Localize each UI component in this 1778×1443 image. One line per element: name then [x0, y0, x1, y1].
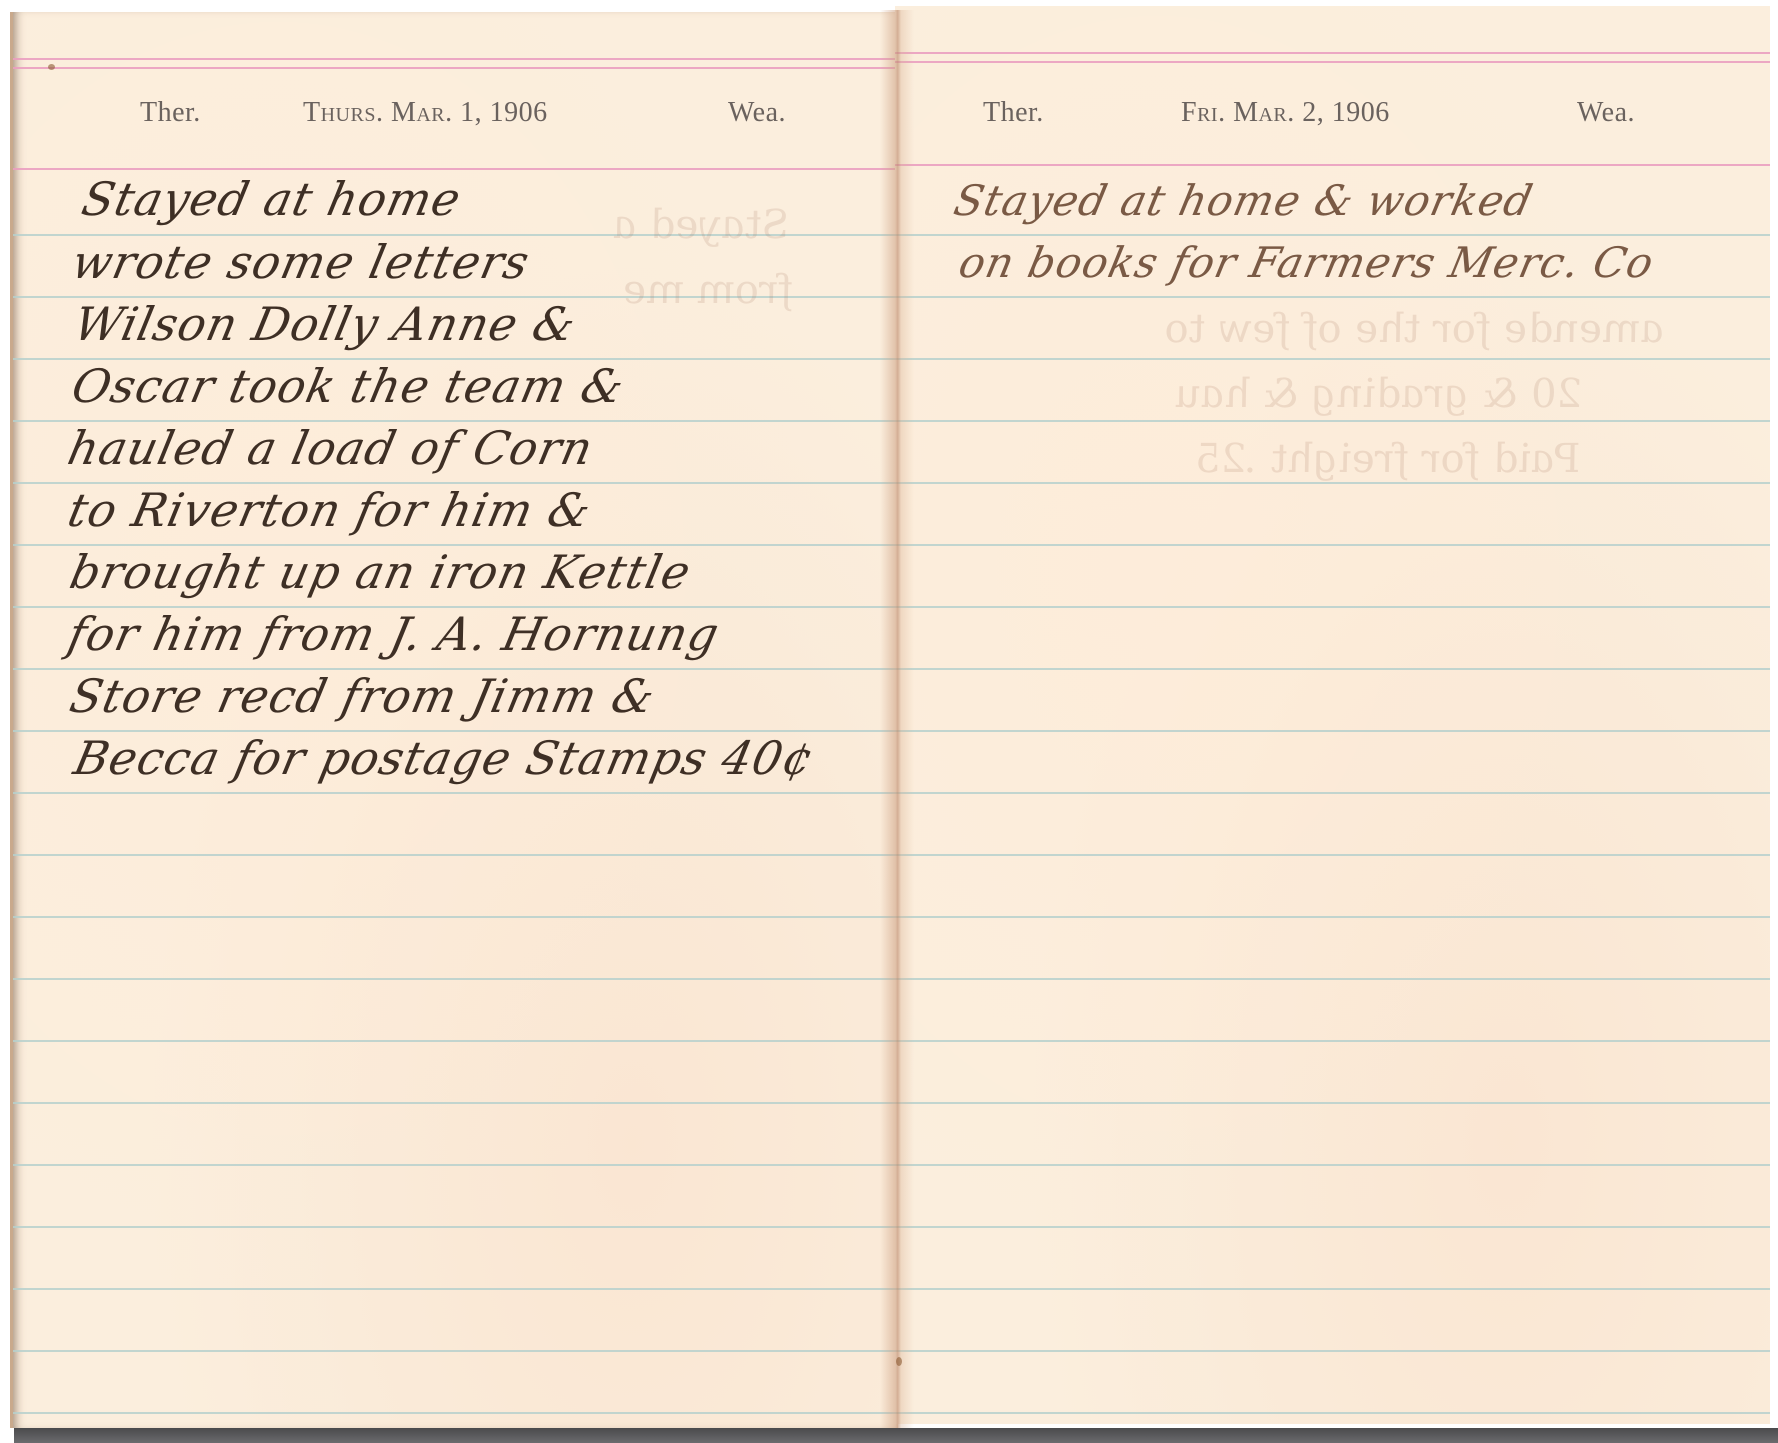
header-double-rule-bottom	[13, 67, 898, 69]
right-page: Ther. Fri. Mar. 2, 1906 Wea.	[895, 6, 1770, 1424]
bleed-through-text: 20 & grading & hau	[1170, 371, 1586, 417]
bleed-through-text: from me	[618, 267, 798, 313]
ink-speck	[896, 1357, 902, 1366]
entry-line: Wilson Dolly Anne &	[69, 297, 581, 351]
ink-speck	[48, 64, 55, 70]
date-label: Fri. Mar. 2, 1906	[1181, 97, 1390, 129]
ther-label: Ther.	[983, 97, 1044, 129]
entry-line: Oscar took the team &	[67, 359, 629, 413]
entry-line: for him from J. A. Hornung	[63, 607, 724, 661]
entry-line: brought up an iron Kettle	[65, 545, 696, 599]
date-label: Thurs. Mar. 1, 1906	[303, 97, 548, 129]
entry-line: to Riverton for him &	[63, 483, 596, 537]
entry-line: Stayed at home & worked	[950, 176, 1538, 225]
bleed-through-text: amende for the of few to	[1160, 306, 1669, 352]
page-edge-shadow	[14, 1428, 1778, 1443]
right-page-header: Ther. Fri. Mar. 2, 1906 Wea.	[895, 97, 1770, 137]
header-double-rule-top	[13, 58, 898, 60]
bleed-through-text: Stayed a	[608, 202, 794, 248]
diary-spread: Ther. Thurs. Mar. 1, 1906 Wea.	[0, 0, 1778, 1443]
left-page: Ther. Thurs. Mar. 1, 1906 Wea.	[10, 12, 898, 1428]
header-double-rule-bottom	[895, 61, 1770, 63]
entry-line: Stayed at home	[77, 172, 466, 226]
header-bottom-rule	[13, 168, 898, 170]
header-bottom-rule	[895, 164, 1770, 166]
wea-label: Wea.	[1577, 97, 1635, 129]
entry-line: wrote some letters	[67, 235, 534, 289]
left-page-header: Ther. Thurs. Mar. 1, 1906 Wea.	[13, 97, 898, 137]
entry-line: hauled a load of Corn	[63, 421, 598, 475]
entry-line: Becca for postage Stamps 40¢	[69, 731, 819, 785]
entry-line: Store recd from Jimm &	[65, 669, 660, 723]
bleed-through-text: Paid for freight .25	[1190, 436, 1585, 482]
entry-line: on books for Farmers Merc. Co	[955, 238, 1659, 287]
wea-label: Wea.	[728, 97, 786, 129]
ther-label: Ther.	[140, 97, 201, 129]
header-double-rule-top	[895, 52, 1770, 54]
